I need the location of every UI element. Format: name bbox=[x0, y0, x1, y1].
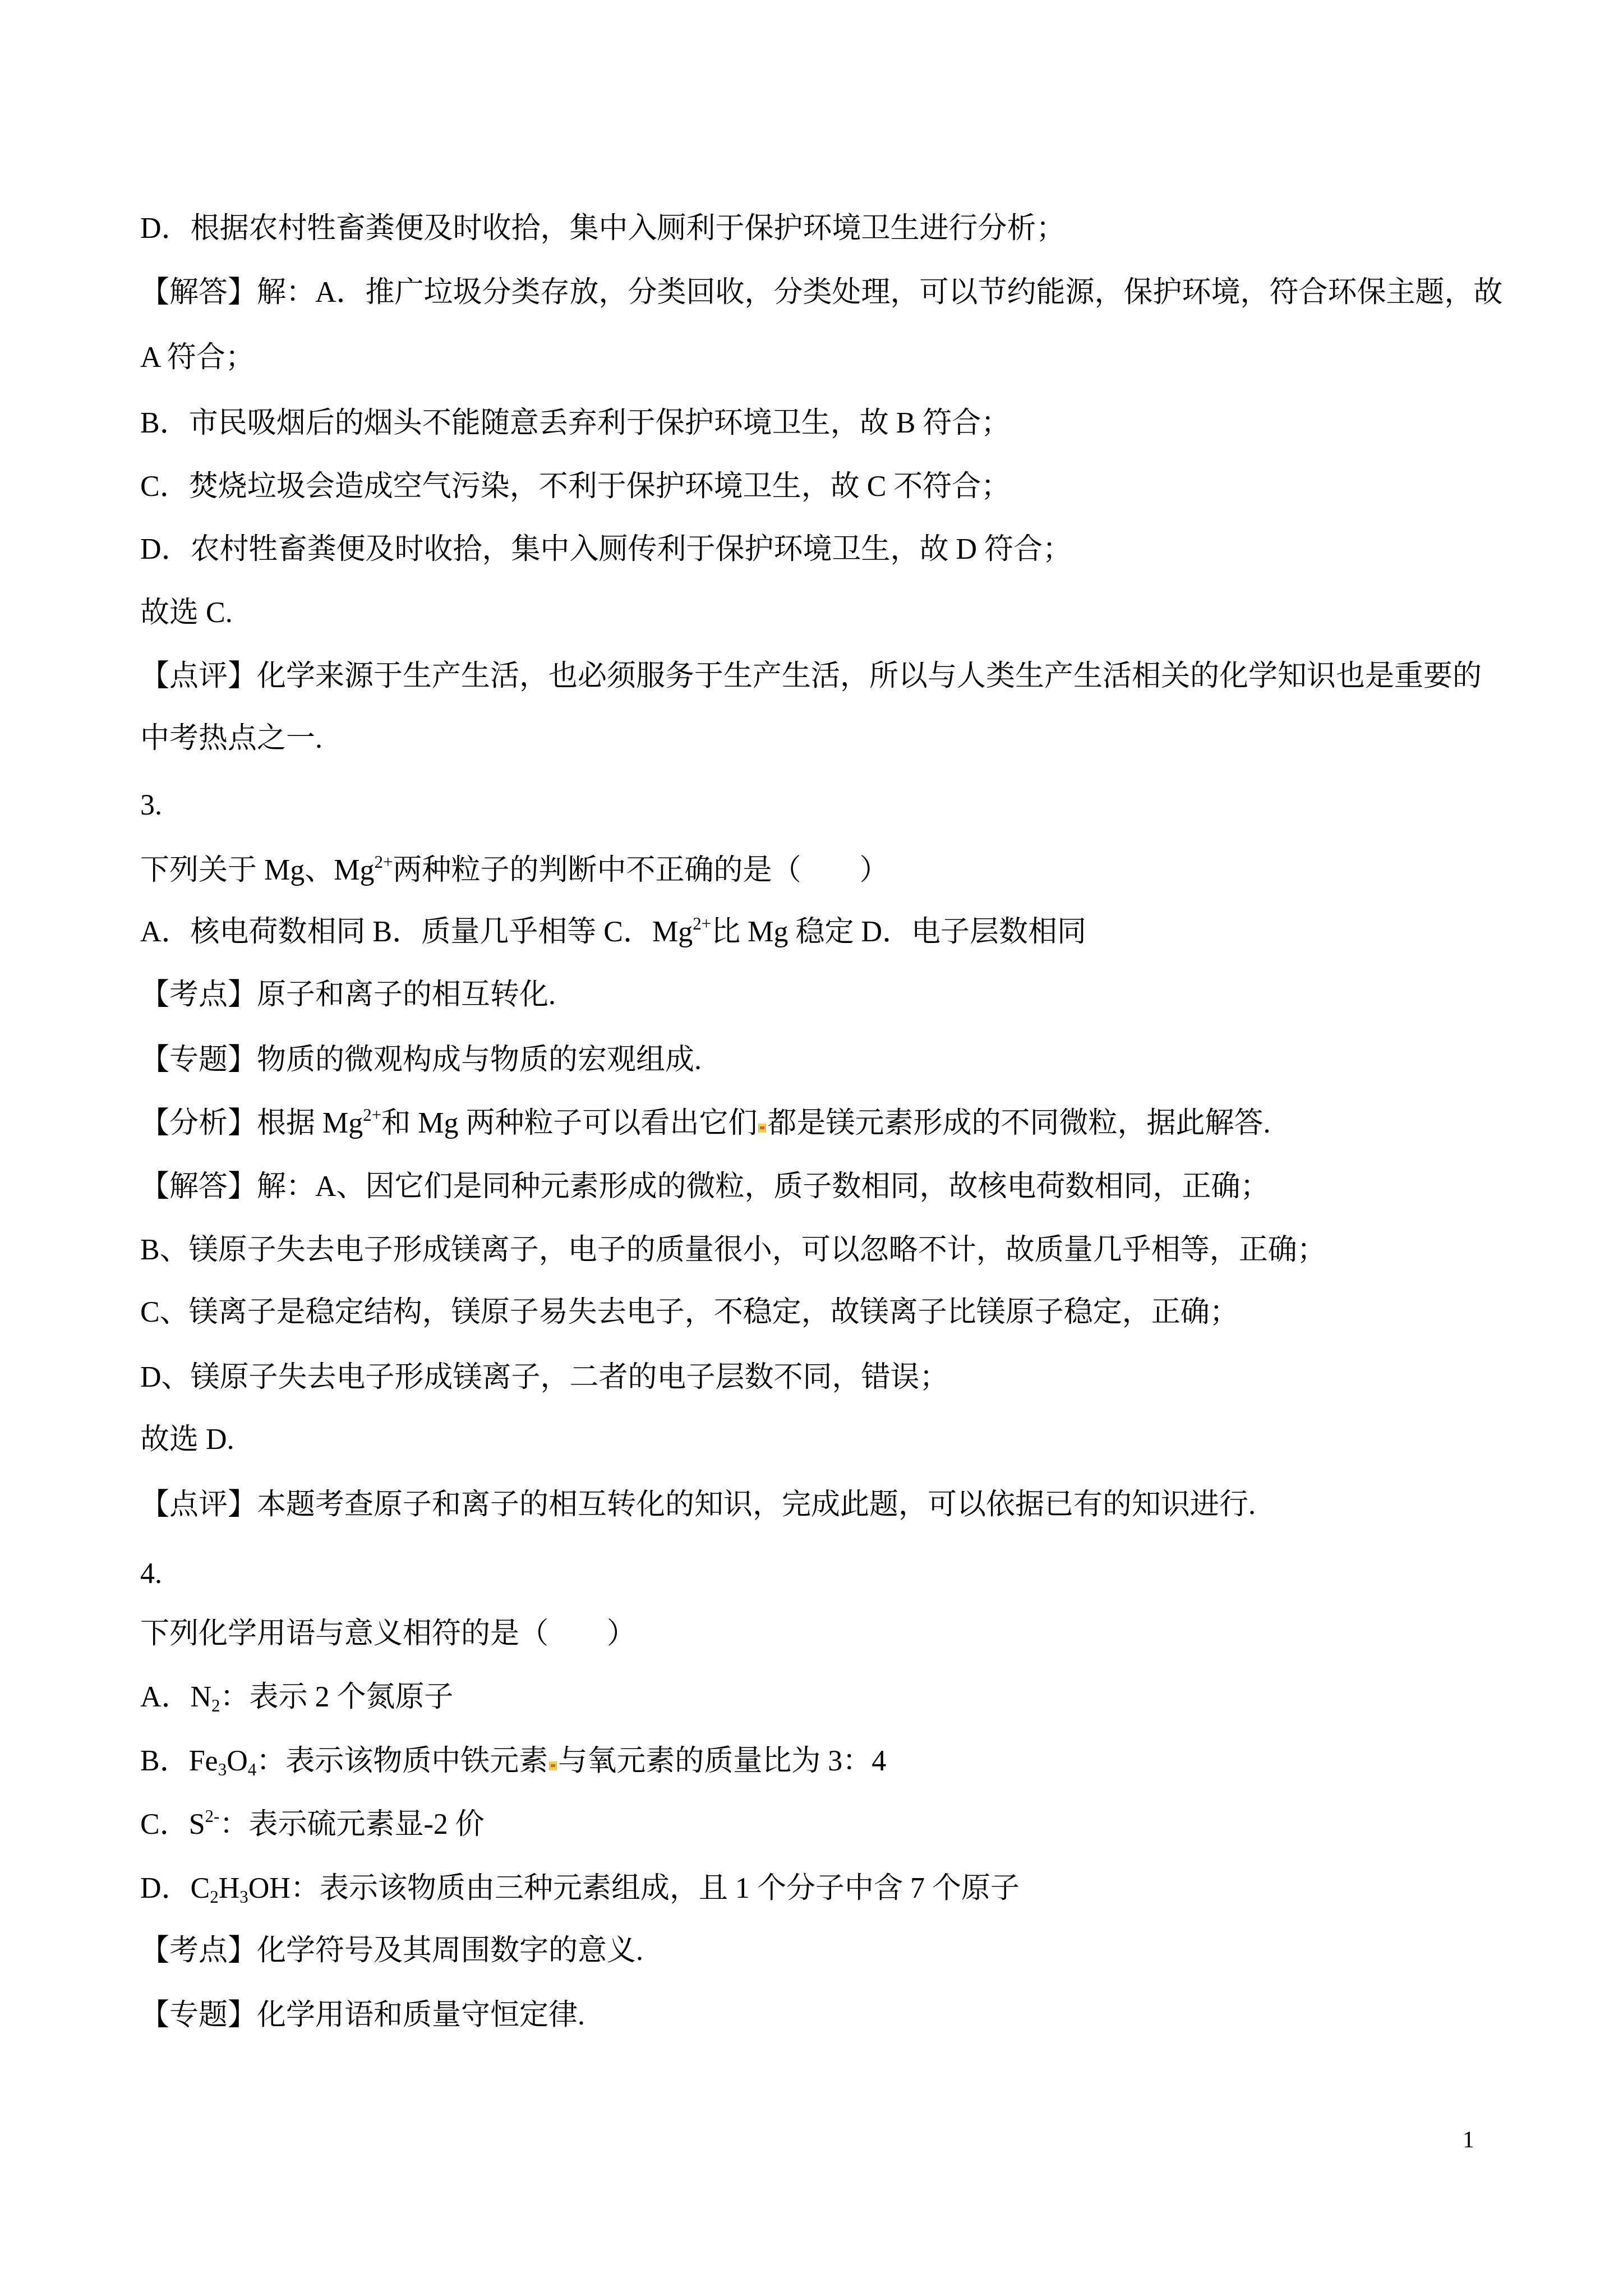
text-segment: A．核电荷数相同 B．质量几乎相等 C．Mg bbox=[140, 916, 693, 948]
formula-sup-segment: 2+ bbox=[374, 852, 393, 872]
text-line: 【专题】化学用语和质量守恒定律. bbox=[140, 2000, 585, 2031]
text-segment: 【专题】化学用语和质量守恒定律. bbox=[140, 1999, 585, 2031]
text-segment: 下列关于 Mg、Mg bbox=[140, 854, 374, 886]
text-line: 3. bbox=[140, 790, 162, 821]
text-segment: A 符合； bbox=[140, 342, 255, 374]
text-line: D．农村牲畜粪便及时收拾，集中入厕传利于保护环境卫生，故 D 符合； bbox=[140, 534, 1072, 565]
text-segment: C．焚烧垃圾会造成空气污染，不利于保护环境卫生，故 C 不符合； bbox=[140, 471, 1010, 503]
text-segment: C．S bbox=[140, 1809, 205, 1841]
text-segment: 4. bbox=[140, 1558, 162, 1590]
text-segment: H bbox=[219, 1872, 240, 1904]
text-line: 【点评】本题考查原子和离子的相互转化的知识，完成此题，可以依据已有的知识进行. bbox=[140, 1489, 1256, 1521]
text-line: 【解答】解：A、因它们是同种元素形成的微粒，质子数相同，故核电荷数相同，正确； bbox=[140, 1171, 1270, 1203]
text-line: 故选 D. bbox=[140, 1424, 234, 1456]
text-segment: ：表示该物质中铁元素 bbox=[256, 1745, 548, 1777]
text-segment: 两种粒子的判断中不正确的是（ ） bbox=[393, 854, 888, 886]
text-segment: D．C bbox=[140, 1872, 210, 1904]
text-line: 【解答】解：A．推广垃圾分类存放，分类回收，分类处理，可以节约能源，保护环境，符… bbox=[140, 277, 1503, 309]
text-line: 【考点】化学符号及其周围数字的意义. bbox=[140, 1935, 643, 1967]
text-segment: ：表示硫元素显-2 价 bbox=[219, 1809, 484, 1841]
formula-sub-segment: 4 bbox=[248, 1760, 257, 1779]
text-segment: OH：表示该物质由三种元素组成，且 1 个分子中含 7 个原子 bbox=[248, 1872, 1020, 1904]
text-segment: 【分析】根据 Mg bbox=[140, 1107, 363, 1139]
text-segment: 与氧元素的质量比为 3：4 bbox=[558, 1745, 886, 1777]
formula-sub-segment: 3 bbox=[218, 1760, 227, 1779]
text-segment: 【解答】解：A、因它们是同种元素形成的微粒，质子数相同，故核电荷数相同，正确； bbox=[140, 1171, 1270, 1203]
text-line: C．焚烧垃圾会造成空气污染，不利于保护环境卫生，故 C 不符合； bbox=[140, 471, 1010, 503]
text-segment: 都是镁元素形成的不同微粒，据此解答. bbox=[767, 1107, 1270, 1139]
page-number: 1 bbox=[1463, 2128, 1474, 2152]
text-line: 【点评】化学来源于生产生活，也必须服务于生产生活，所以与人类生产生活相关的化学知… bbox=[140, 661, 1482, 692]
text-segment: 【考点】原子和离子的相互转化. bbox=[140, 979, 556, 1011]
text-line: 【分析】根据 Mg2+和 Mg 两种粒子可以看出它们都是镁元素形成的不同微粒，据… bbox=[140, 1108, 1271, 1143]
spellcheck-artifact bbox=[758, 1124, 766, 1133]
text-line: D、镁原子失去电子形成镁离子，二者的电子层数不同，错误； bbox=[140, 1362, 949, 1393]
text-segment: 故选 D. bbox=[140, 1424, 234, 1456]
text-line: A．核电荷数相同 B．质量几乎相等 C．Mg2+比 Mg 稳定 D．电子层数相同 bbox=[140, 917, 1086, 951]
text-line: 下列化学用语与意义相符的是（ ） bbox=[140, 1618, 636, 1650]
text-segment: 【考点】化学符号及其周围数字的意义. bbox=[140, 1935, 643, 1967]
text-line: C、镁离子是稳定结构，镁原子易失去电子，不稳定，故镁离子比镁原子稳定，正确； bbox=[140, 1297, 1239, 1328]
text-segment: 故选 C. bbox=[140, 597, 233, 629]
text-segment: B．Fe bbox=[140, 1745, 218, 1777]
document-page: D．根据农村牲畜粪便及时收拾，集中入厕利于保护环境卫生进行分析；【解答】解：A．… bbox=[0, 0, 1623, 2296]
text-segment: 【点评】本题考查原子和离子的相互转化的知识，完成此题，可以依据已有的知识进行. bbox=[140, 1489, 1256, 1521]
text-line: A 符合； bbox=[140, 342, 255, 374]
formula-sup-segment: 2- bbox=[205, 1806, 220, 1826]
formula-sup-segment: 2+ bbox=[693, 914, 711, 933]
text-segment: B．市民吸烟后的烟头不能随意丢弃利于保护环境卫生，故 B 符合； bbox=[140, 407, 1010, 439]
text-segment: 和 Mg 两种粒子可以看出它们 bbox=[381, 1107, 757, 1139]
text-segment: D、镁原子失去电子形成镁离子，二者的电子层数不同，错误； bbox=[140, 1361, 949, 1393]
text-segment: C、镁离子是稳定结构，镁原子易失去电子，不稳定，故镁离子比镁原子稳定，正确； bbox=[140, 1296, 1239, 1328]
text-segment: 【专题】物质的微观构成与物质的宏观组成. bbox=[140, 1044, 702, 1076]
text-line: 中考热点之一. bbox=[140, 723, 322, 754]
text-line: D．根据农村牲畜粪便及时收拾，集中入厕利于保护环境卫生进行分析； bbox=[140, 213, 1066, 245]
text-segment: 【解答】解：A．推广垃圾分类存放，分类回收，分类处理，可以节约能源，保护环境，符… bbox=[140, 277, 1503, 309]
text-line: 【考点】原子和离子的相互转化. bbox=[140, 979, 556, 1011]
text-line: 【专题】物质的微观构成与物质的宏观组成. bbox=[140, 1045, 702, 1076]
text-segment: 中考热点之一. bbox=[140, 723, 322, 754]
text-line: D．C2H3OH：表示该物质由三种元素组成，且 1 个分子中含 7 个原子 bbox=[140, 1873, 1020, 1908]
formula-sub-segment: 3 bbox=[239, 1887, 248, 1907]
text-segment: 【点评】化学来源于生产生活，也必须服务于生产生活，所以与人类生产生活相关的化学知… bbox=[140, 660, 1482, 692]
text-segment: 下列化学用语与意义相符的是（ ） bbox=[140, 1618, 636, 1650]
text-line: B．市民吸烟后的烟头不能随意丢弃利于保护环境卫生，故 B 符合； bbox=[140, 408, 1010, 439]
text-segment: 3. bbox=[140, 789, 162, 821]
spellcheck-artifact bbox=[549, 1761, 557, 1770]
formula-sup-segment: 2+ bbox=[363, 1105, 381, 1125]
text-line: B、镁原子失去电子形成镁离子，电子的质量很小，可以忽略不计，故质量几乎相等，正确… bbox=[140, 1235, 1326, 1266]
text-segment: D．农村牲畜粪便及时收拾，集中入厕传利于保护环境卫生，故 D 符合； bbox=[140, 533, 1072, 565]
text-segment: ：表示 2 个氮原子 bbox=[220, 1681, 454, 1713]
text-line: 下列关于 Mg、Mg2+两种粒子的判断中不正确的是（ ） bbox=[140, 855, 888, 890]
text-segment: D．根据农村牲畜粪便及时收拾，集中入厕利于保护环境卫生进行分析； bbox=[140, 213, 1066, 245]
text-segment: A．N bbox=[140, 1681, 211, 1713]
text-segment: O bbox=[227, 1745, 248, 1777]
text-line: C．S2-：表示硫元素显-2 价 bbox=[140, 1809, 485, 1844]
formula-sub-segment: 2 bbox=[210, 1887, 219, 1907]
text-segment: 比 Mg 稳定 D．电子层数相同 bbox=[711, 916, 1086, 948]
text-segment: B、镁原子失去电子形成镁离子，电子的质量很小，可以忽略不计，故质量几乎相等，正确… bbox=[140, 1234, 1326, 1266]
text-line: A．N2：表示 2 个氮原子 bbox=[140, 1682, 454, 1717]
text-line: 4. bbox=[140, 1558, 162, 1590]
text-line: 故选 C. bbox=[140, 597, 233, 629]
formula-sub-segment: 2 bbox=[211, 1696, 220, 1715]
text-line: B．Fe3O4：表示该物质中铁元素与氧元素的质量比为 3：4 bbox=[140, 1746, 886, 1780]
